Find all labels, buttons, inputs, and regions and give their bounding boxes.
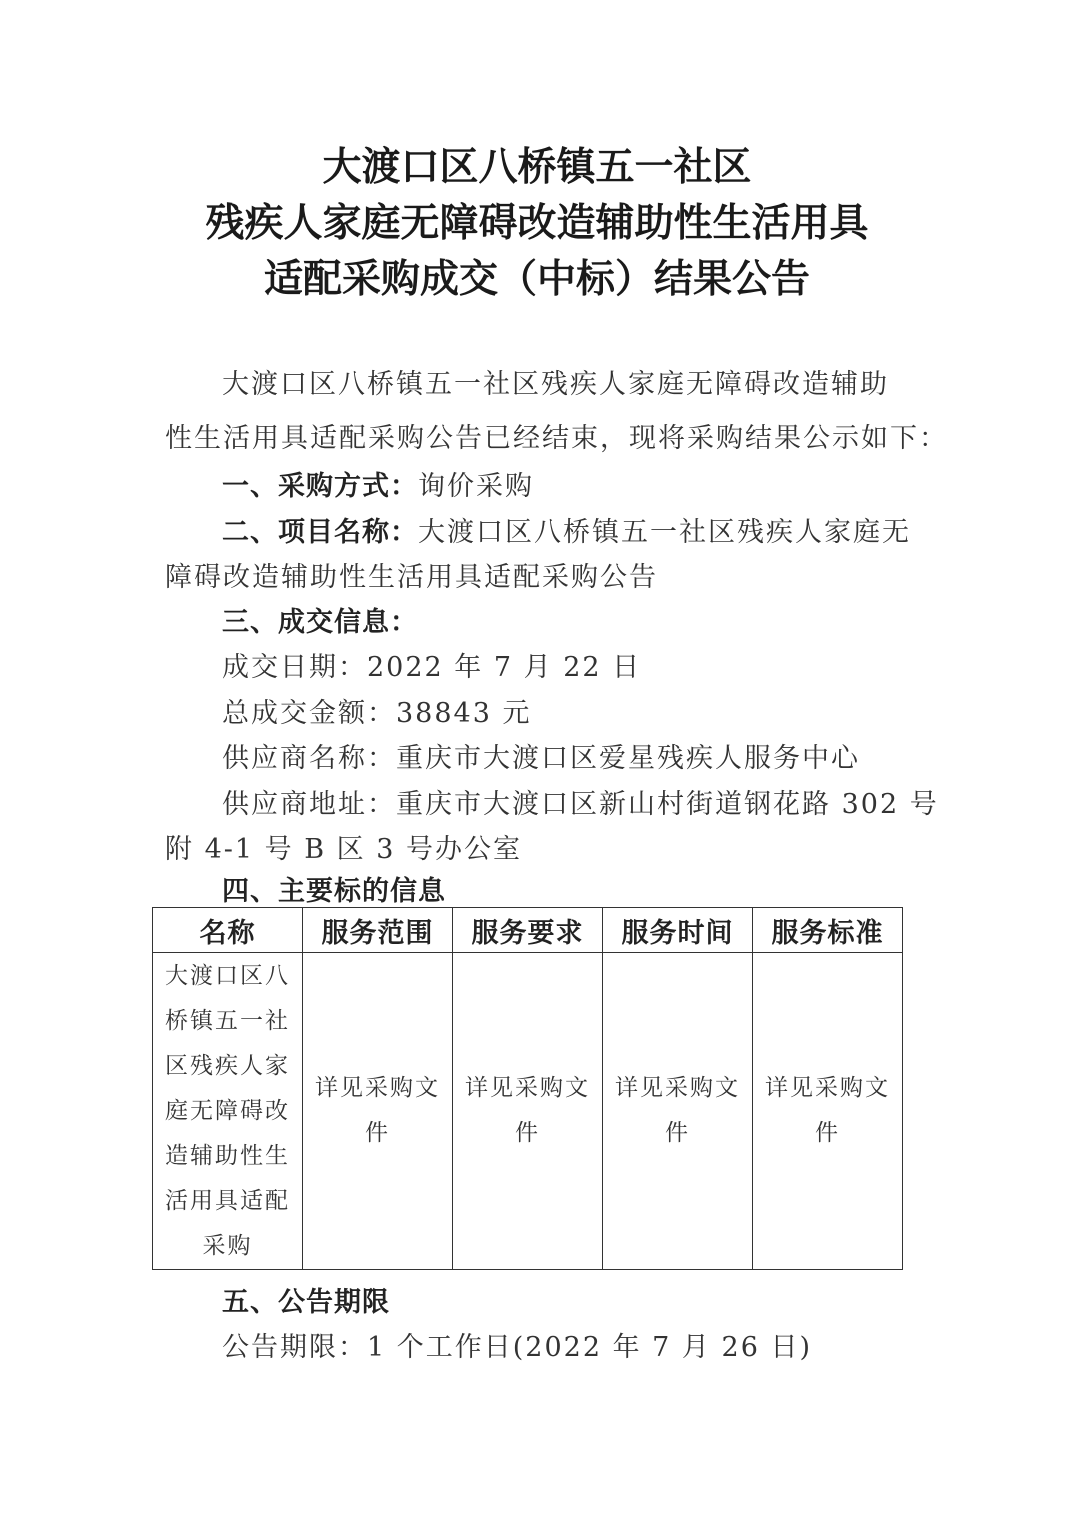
section-1-heading: 一、采购方式： — [222, 471, 418, 502]
cell-standard: 详见采购文件 — [753, 953, 903, 1270]
title-line-2: 残疾人家庭无障碍改造辅助性生活用具 — [0, 192, 1074, 248]
cell-scope: 详见采购文件 — [303, 953, 453, 1270]
intro-line-2: 性生活用具适配采购公告已经结束，现将采购结果公示如下： — [165, 416, 948, 455]
supplier-address-line-1: 供应商地址：重庆市大渡口区新山村街道钢花路 302 号 — [222, 782, 939, 821]
name-line: 桥镇五一社 — [153, 999, 302, 1044]
header-requirement: 服务要求 — [453, 908, 603, 953]
name-line: 庭无障碍改 — [153, 1089, 302, 1134]
name-line: 采购 — [153, 1224, 302, 1269]
header-name: 名称 — [153, 908, 303, 953]
section-4-heading: 四、主要标的信息 — [222, 869, 446, 908]
section-1: 一、采购方式：询价采购 — [222, 464, 534, 503]
name-line: 造辅助性生 — [153, 1134, 302, 1179]
cell-time: 详见采购文件 — [603, 953, 753, 1270]
section-2-heading: 二、项目名称： — [222, 517, 418, 548]
section-2-value-line-2: 障碍改造辅助性生活用具适配采购公告 — [165, 555, 658, 594]
section-2-value-line-1: 大渡口区八桥镇五一社区残疾人家庭无 — [418, 517, 911, 548]
section-5-heading: 五、公告期限 — [222, 1280, 390, 1319]
header-standard: 服务标准 — [753, 908, 903, 953]
cell-requirement: 详见采购文件 — [453, 953, 603, 1270]
supplier-name: 供应商名称：重庆市大渡口区爱星残疾人服务中心 — [222, 736, 860, 775]
supplier-address-line-2: 附 4-1 号 B 区 3 号办公室 — [165, 827, 522, 866]
subject-info-table: 名称 服务范围 服务要求 服务时间 服务标准 大渡口区八 桥镇五一社 区残疾人家… — [152, 907, 903, 1270]
table-header-row: 名称 服务范围 服务要求 服务时间 服务标准 — [153, 908, 903, 953]
section-2: 二、项目名称：大渡口区八桥镇五一社区残疾人家庭无 — [222, 510, 911, 549]
announcement-period: 公告期限：1 个工作日(2022 年 7 月 26 日) — [222, 1325, 812, 1364]
name-line: 活用具适配 — [153, 1179, 302, 1224]
section-1-value: 询价采购 — [418, 471, 534, 502]
title-line-1: 大渡口区八桥镇五一社区 — [0, 136, 1074, 192]
intro-line-1: 大渡口区八桥镇五一社区残疾人家庭无障碍改造辅助 — [222, 362, 889, 401]
name-line: 区残疾人家 — [153, 1044, 302, 1089]
name-line: 大渡口区八 — [153, 954, 302, 999]
section-3-heading: 三、成交信息： — [222, 600, 418, 639]
table-row: 大渡口区八 桥镇五一社 区残疾人家 庭无障碍改 造辅助性生 活用具适配 采购 详… — [153, 953, 903, 1270]
header-time: 服务时间 — [603, 908, 753, 953]
cell-name: 大渡口区八 桥镇五一社 区残疾人家 庭无障碍改 造辅助性生 活用具适配 采购 — [153, 953, 303, 1270]
deal-date: 成交日期：2022 年 7 月 22 日 — [222, 645, 641, 684]
header-scope: 服务范围 — [303, 908, 453, 953]
total-amount: 总成交金额：38843 元 — [222, 691, 531, 730]
title-line-3: 适配采购成交（中标）结果公告 — [0, 248, 1074, 304]
